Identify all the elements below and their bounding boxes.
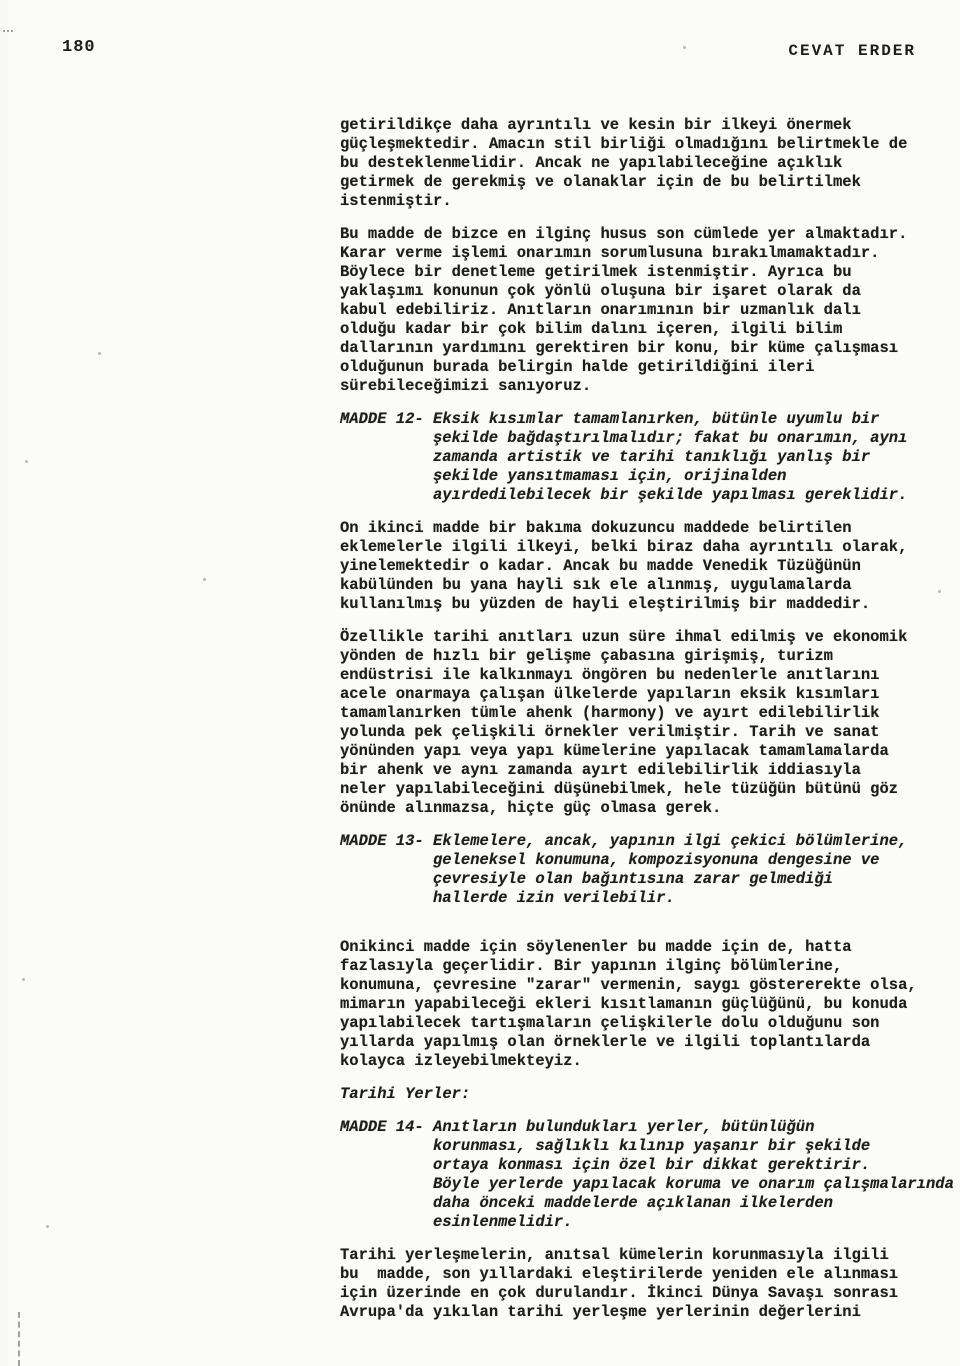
- scan-speck: [683, 46, 686, 49]
- paragraph-block: Bu madde de bizce en ilginç husus son cü…: [340, 225, 944, 396]
- running-header: CEVAT ERDER: [788, 42, 916, 60]
- scan-speck: [203, 578, 206, 581]
- scan-speck: [22, 978, 25, 981]
- article-madde-12: MADDE 12- Eksik kısımlar tamamlanırken, …: [340, 410, 944, 505]
- article-madde-13: MADDE 13- Eklemelere, ancak, yapının ilg…: [340, 832, 944, 908]
- scan-speck: [25, 460, 28, 463]
- page-number: 180: [62, 38, 96, 57]
- scan-artifact-corner-mark: [3, 30, 13, 32]
- article-madde-14: MADDE 14- Anıtların bulundukları yerler,…: [340, 1118, 944, 1232]
- scan-speck: [938, 590, 941, 593]
- paragraph-block: Onikinci madde için söylenenler bu madde…: [340, 938, 944, 1071]
- scanned-page: 180 CEVAT ERDER getirildikçe daha ayrınt…: [0, 0, 960, 1366]
- paragraph-block: Özellikle tarihi anıtları uzun süre ihma…: [340, 628, 944, 818]
- scan-artifact-margin-dashes: [18, 1312, 20, 1366]
- paragraph-block: Tarihi yerleşmelerin, anıtsal kümelerin …: [340, 1246, 944, 1322]
- paragraph-block: On ikinci madde bir bakıma dokuzuncu mad…: [340, 519, 944, 614]
- article-label: MADDE 12-: [340, 410, 433, 428]
- article-label: MADDE 14-: [340, 1118, 433, 1136]
- scan-speck: [98, 352, 101, 355]
- article-label: MADDE 13-: [340, 832, 433, 850]
- scan-speck: [46, 1225, 49, 1228]
- paragraph-block: getirildikçe daha ayrıntılı ve kesin bir…: [340, 116, 944, 211]
- section-heading: Tarihi Yerler:: [340, 1085, 944, 1104]
- text-column: getirildikçe daha ayrıntılı ve kesin bir…: [340, 116, 944, 1336]
